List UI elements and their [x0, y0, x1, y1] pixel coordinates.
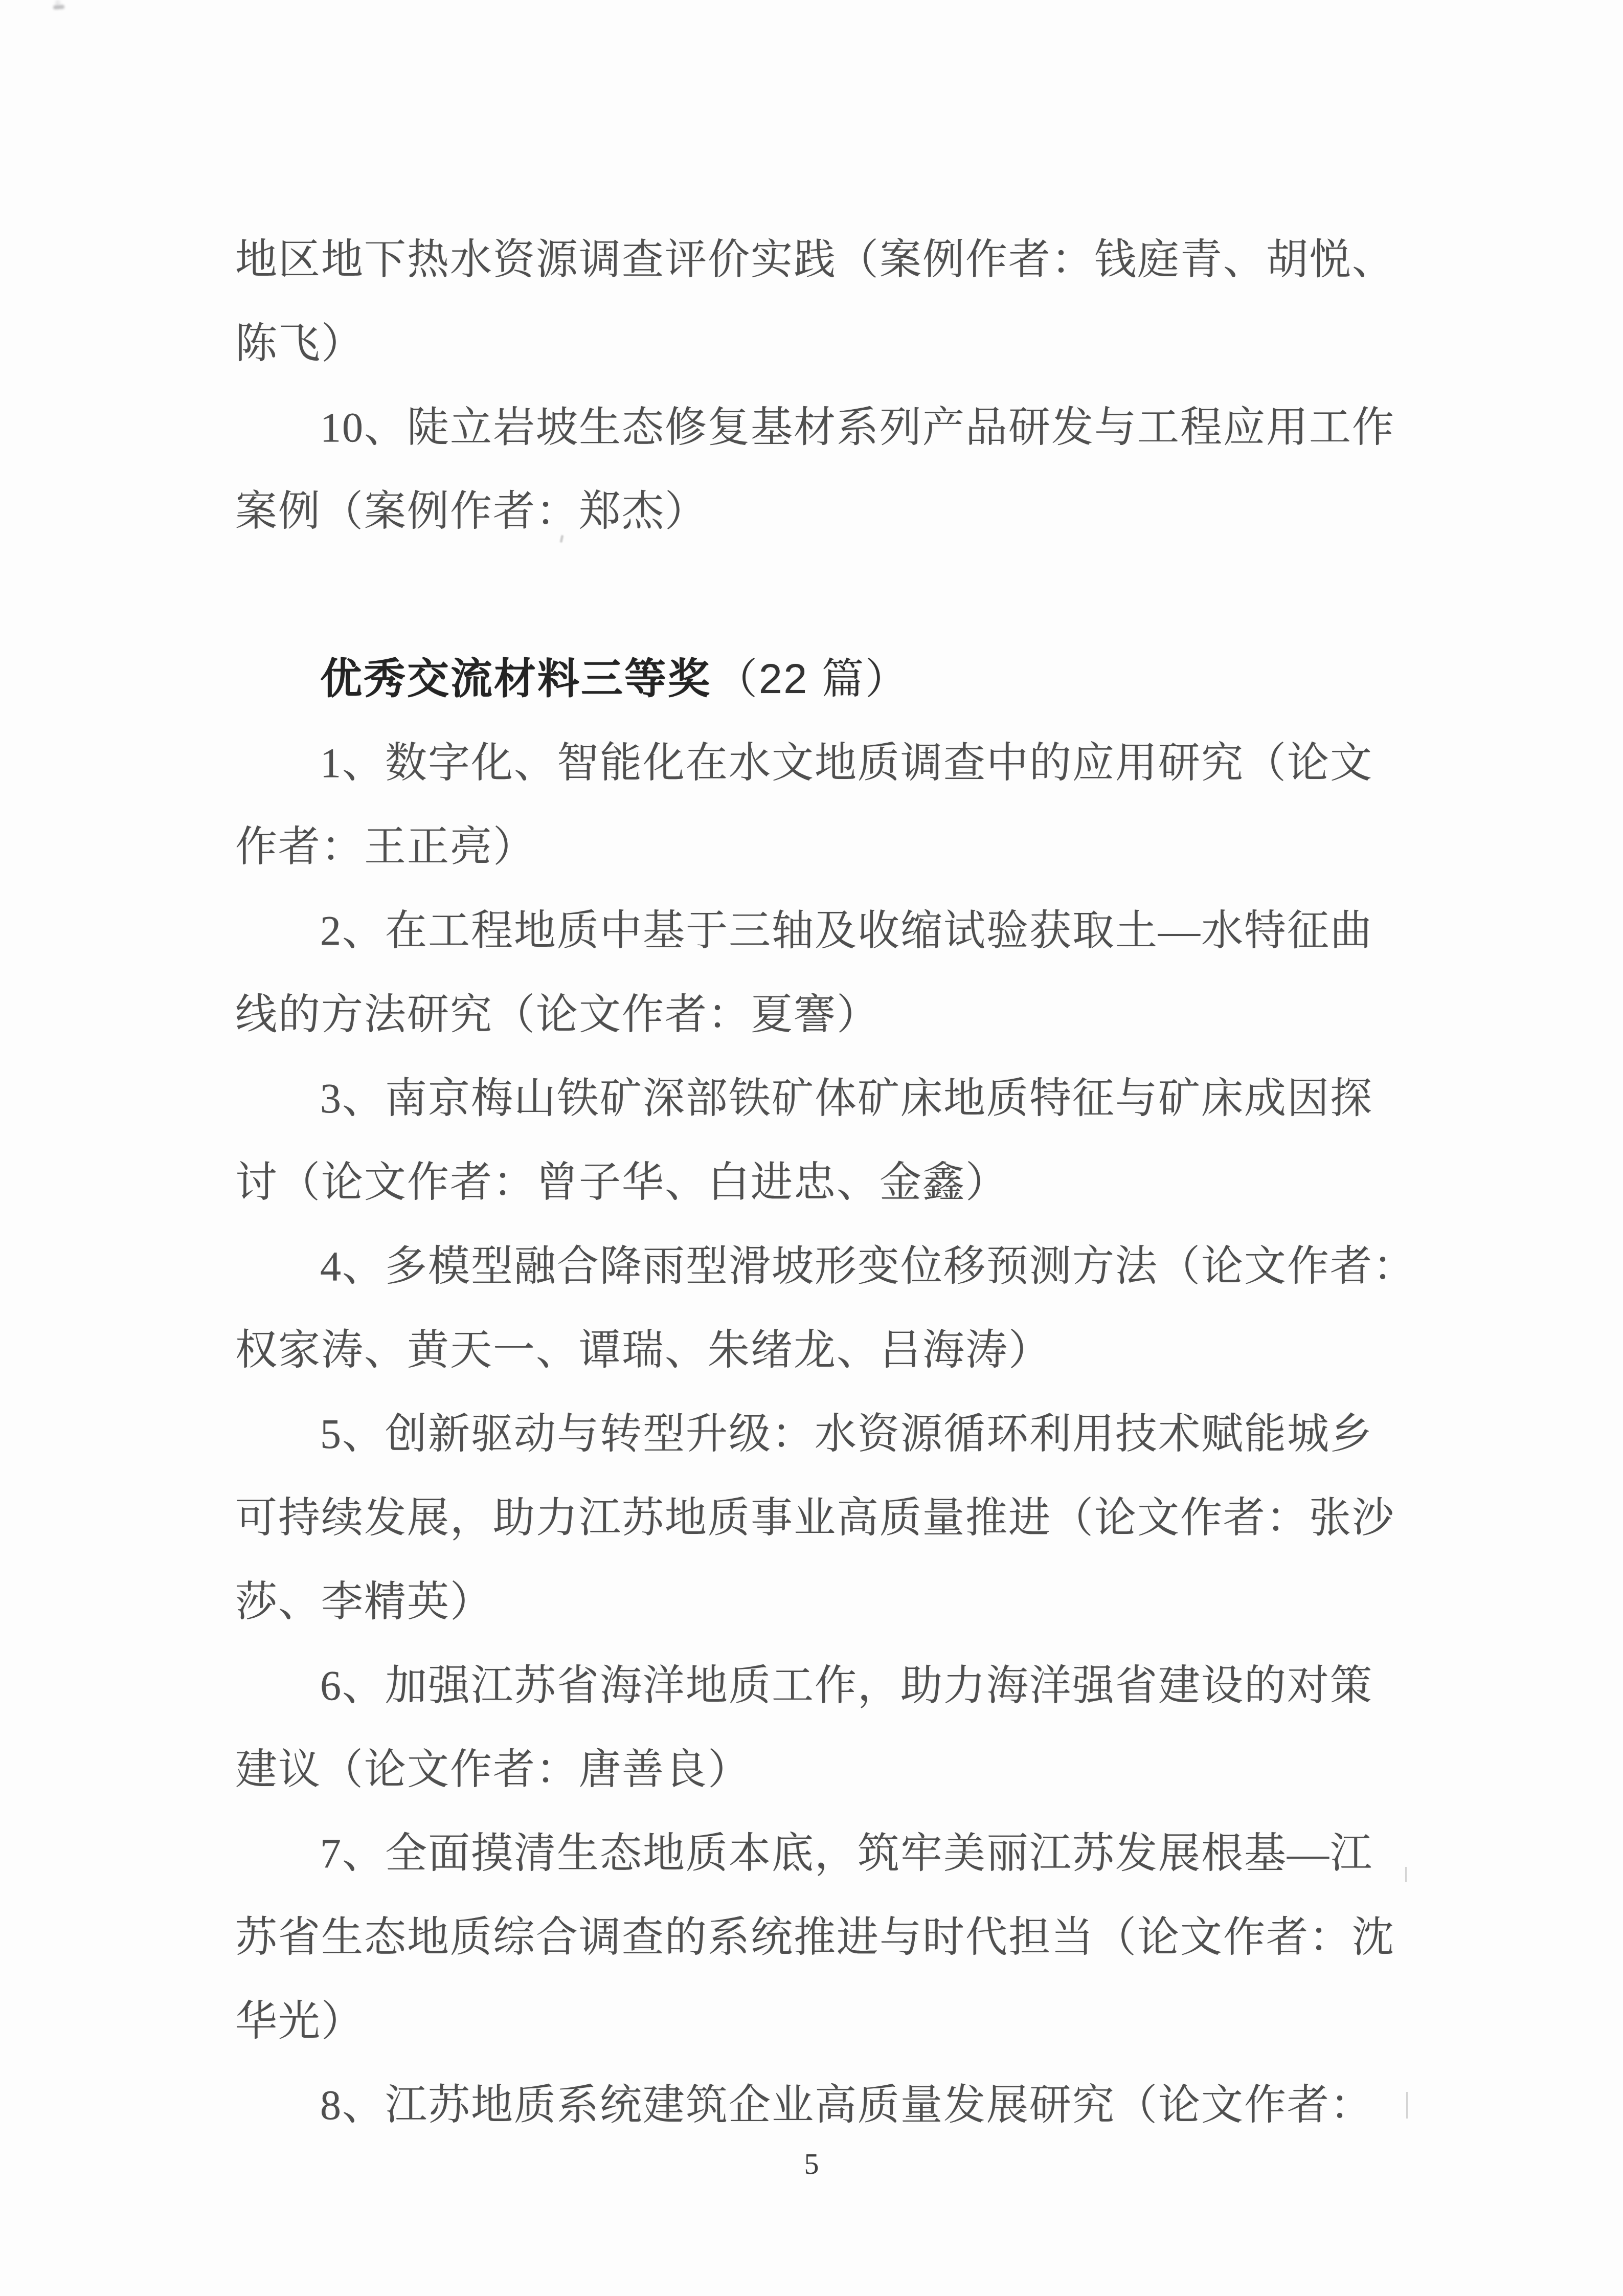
page-number: 5	[0, 2141, 1623, 2187]
item-7-line-2: 苏省生态地质综合调查的系统推进与时代担当（论文作者：沈	[235, 1891, 1462, 1975]
item-7-line-3: 华光）	[235, 1975, 1462, 2059]
item-8-line-1: 8、江苏地质系统建筑企业高质量发展研究（论文作者：	[235, 2059, 1462, 2143]
item-3-line-1: 3、南京梅山铁矿深部铁矿体矿床地质特征与矿床成因探	[235, 1053, 1462, 1136]
item-6-line-1: 6、加强江苏省海洋地质工作，助力海洋强省建设的对策	[235, 1640, 1462, 1724]
item-1-line-1: 1、数字化、智能化在水文地质调查中的应用研究（论文	[235, 717, 1462, 801]
item-5-line-1: 5、创新驱动与转型升级：水资源循环利用技术赋能城乡	[235, 1388, 1462, 1472]
item-10-line-1: 10、陡立岩坡生态修复基材系列产品研发与工程应用工作	[235, 382, 1462, 465]
item-9-continuation-line-1: 地区地下热水资源调查评价实践（案例作者：钱庭青、胡悦、	[235, 214, 1462, 298]
item-7-line-1: 7、全面摸清生态地质本底，筑牢美丽江苏发展根基—江	[235, 1808, 1462, 1891]
item-1-line-2: 作者：王正亮）	[235, 801, 1462, 885]
item-2-line-2: 线的方法研究（论文作者：夏謇）	[235, 969, 1462, 1053]
section-heading: 优秀交流材料三等奖（22 篇）	[235, 633, 1462, 717]
item-4-line-1: 4、多模型融合降雨型滑坡形变位移预测方法（论文作者：	[235, 1220, 1462, 1304]
blank-line	[235, 549, 1462, 633]
item-9-continuation-line-2: 陈飞）	[235, 298, 1462, 382]
item-3-line-2: 讨（论文作者：曾子华、白进忠、金鑫）	[235, 1136, 1462, 1220]
item-2-line-1: 2、在工程地质中基于三轴及收缩试验获取土—水特征曲	[235, 885, 1462, 969]
document-body: 地区地下热水资源调查评价实践（案例作者：钱庭青、胡悦、陈飞）10、陡立岩坡生态修…	[235, 214, 1462, 2143]
item-5-line-3: 莎、李精英）	[235, 1556, 1462, 1640]
section-heading-title: 优秀交流材料三等奖	[320, 645, 711, 705]
item-10-line-2: 案例（案例作者：郑杰）	[235, 465, 1462, 549]
section-heading-count: （22 篇）	[715, 645, 909, 705]
scanned-document-page: 地区地下热水资源调查评价实践（案例作者：钱庭青、胡悦、陈飞）10、陡立岩坡生态修…	[0, 0, 1623, 2296]
item-5-line-2: 可持续发展，助力江苏地质事业高质量推进（论文作者：张沙	[235, 1472, 1462, 1556]
item-6-line-2: 建议（论文作者：唐善良）	[235, 1724, 1462, 1808]
scan-smudge-icon	[53, 5, 65, 10]
item-4-line-2: 权家涛、黄天一、谭瑞、朱绪龙、吕海涛）	[235, 1304, 1462, 1388]
